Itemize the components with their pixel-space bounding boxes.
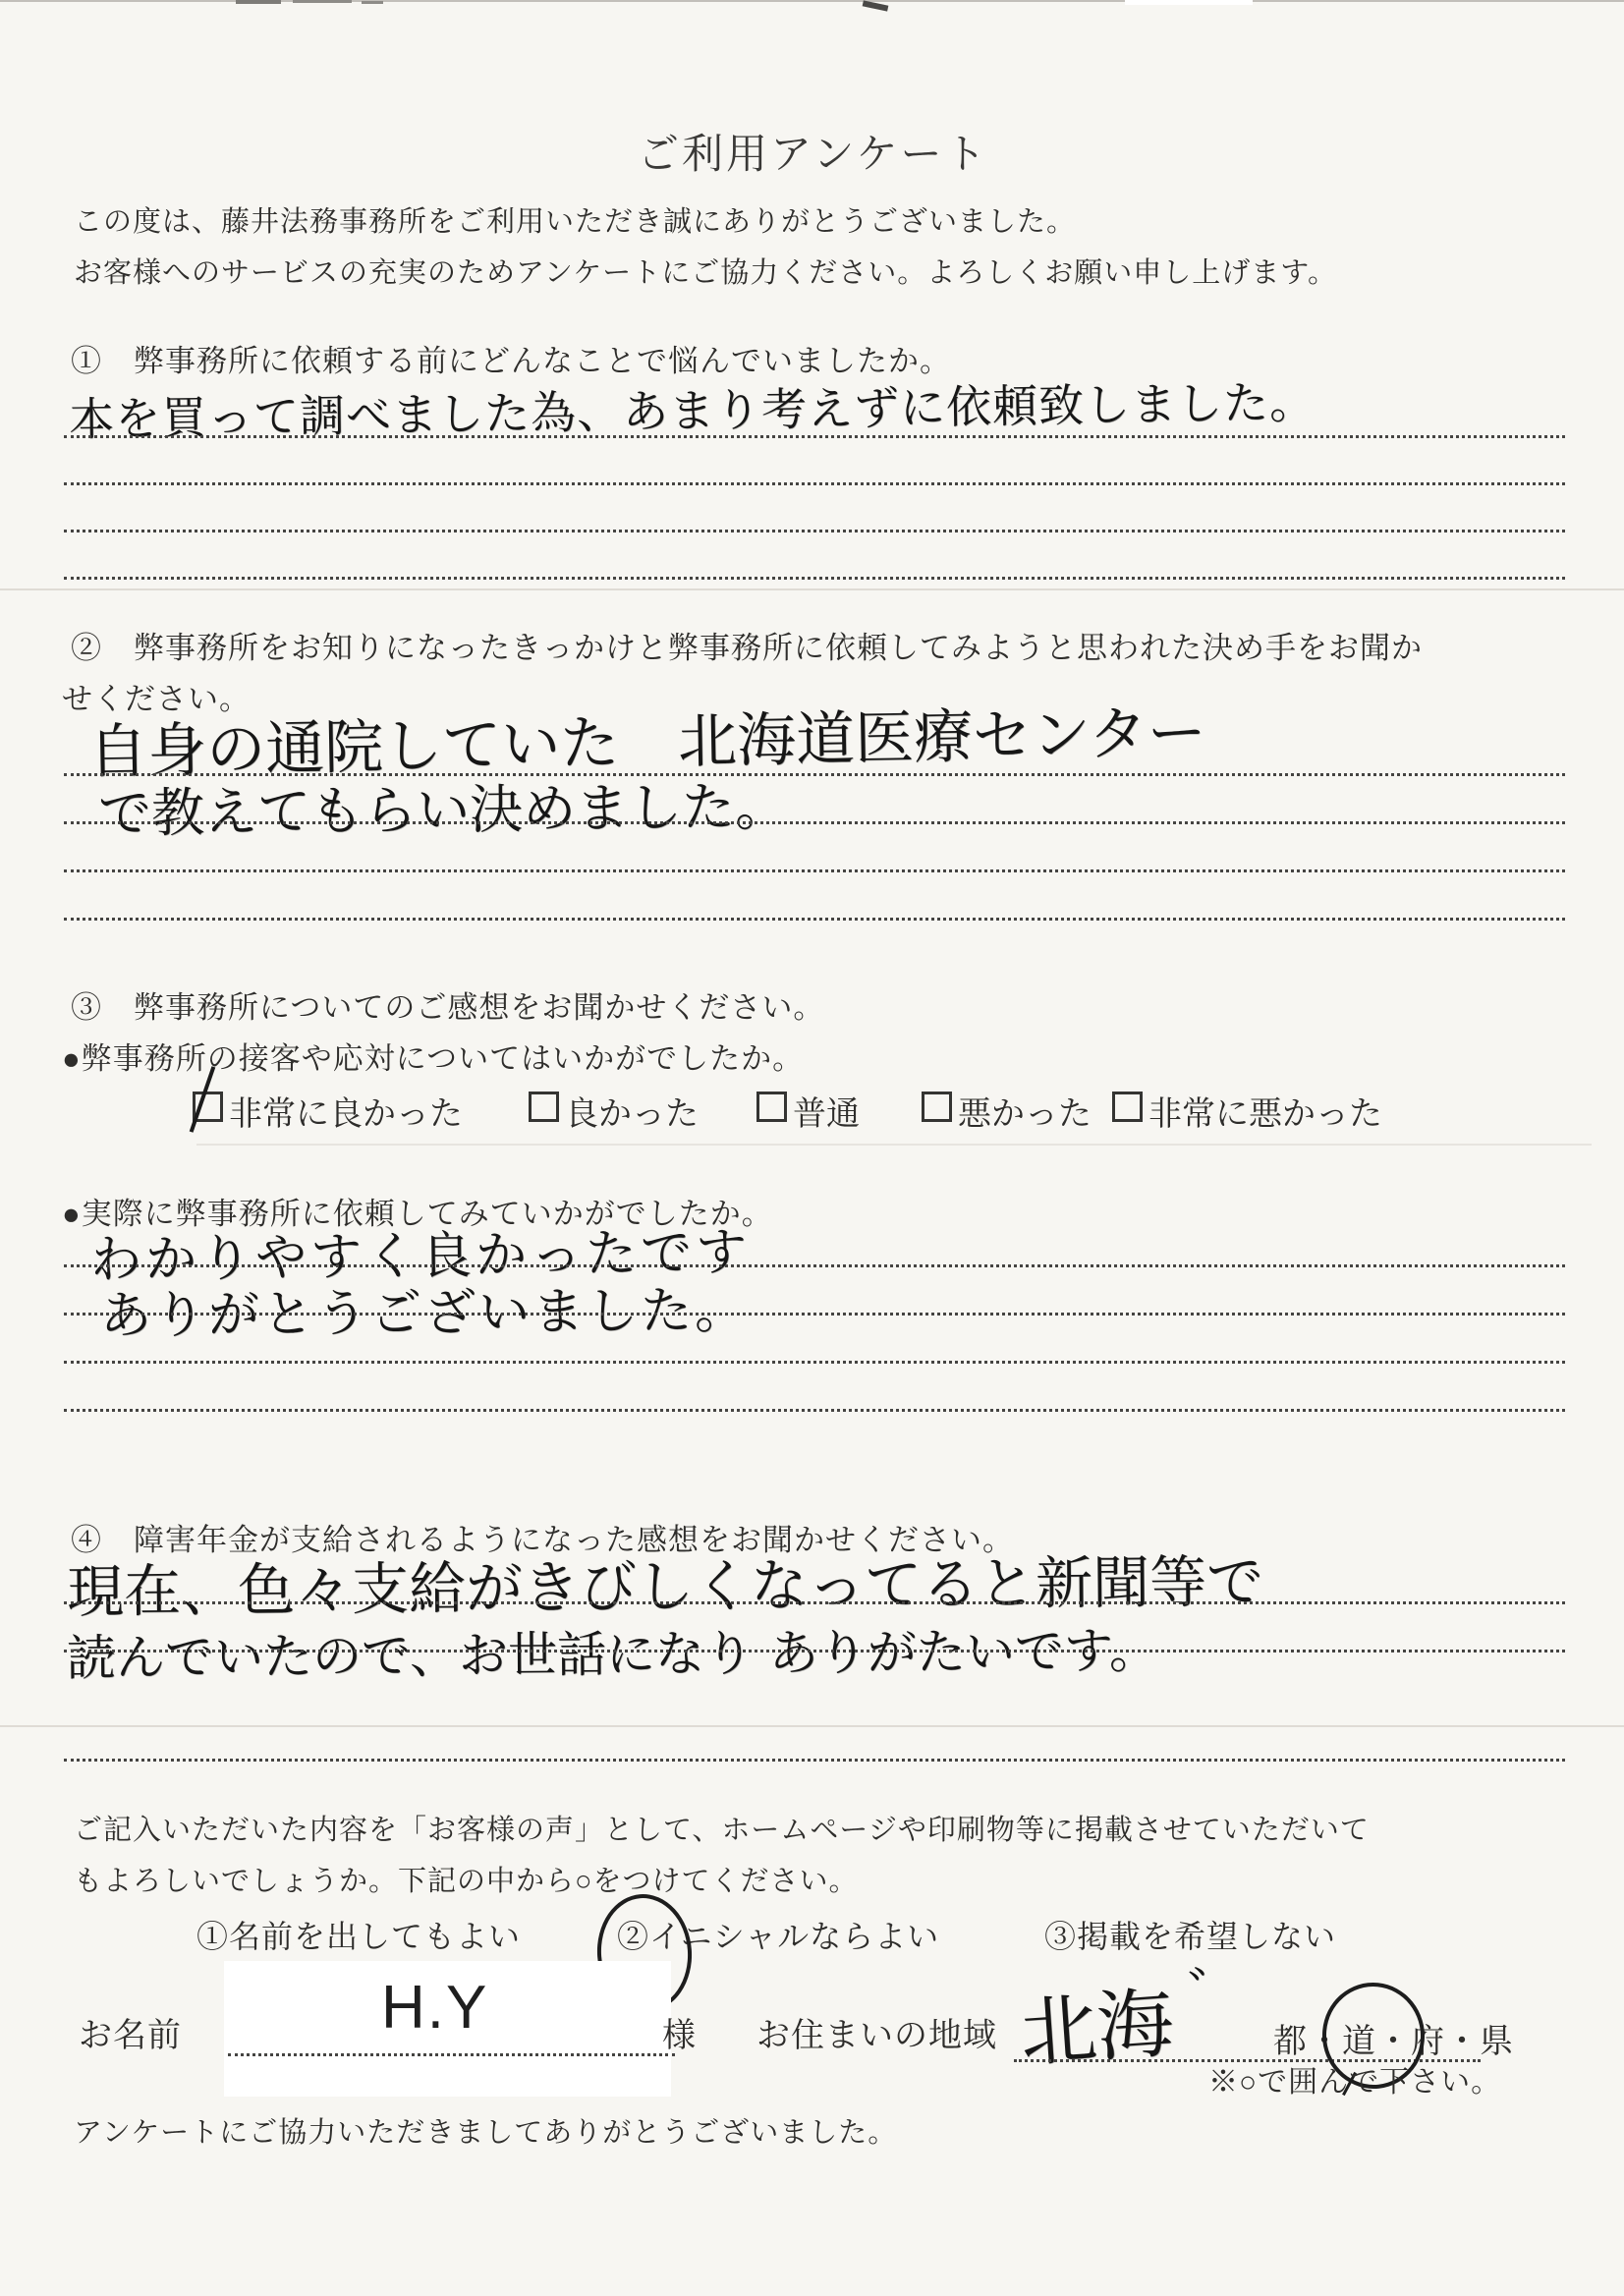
rating-option-label: 良かった	[565, 1087, 699, 1135]
dotted-rule	[64, 1264, 1565, 1267]
checkbox-icon	[1112, 1092, 1143, 1122]
region-handwritten-value: 北海	[1016, 1962, 1176, 2083]
scan-top-mark	[362, 1, 383, 4]
checkbox-icon	[756, 1092, 787, 1122]
scan-smudge	[863, 0, 889, 11]
rating-option-good[interactable]: 良かった	[529, 1087, 699, 1135]
dotted-rule	[64, 1313, 1565, 1316]
dotted-rule	[64, 1759, 1565, 1762]
fold-crease	[0, 1725, 1624, 1727]
dotted-rule	[64, 1361, 1565, 1364]
consent-option-show-name[interactable]: ①名前を出してもよい	[196, 1912, 521, 1957]
scan-top-mark	[236, 0, 281, 4]
dotted-rule	[64, 1409, 1565, 1412]
consent-text-line1: ご記入いただいた内容を「お客様の声」として、ホームページや印刷物等に掲載させてい…	[74, 1808, 1370, 1848]
question-3-sub1: ●弊事務所の接客や応対についてはいかがでしたか。	[62, 1034, 804, 1078]
dotted-rule	[64, 773, 1565, 776]
name-label: お名前	[79, 2008, 182, 2056]
checkbox-icon	[922, 1092, 952, 1122]
rating-option-label: 普通	[793, 1087, 860, 1135]
dotted-rule	[64, 1650, 1565, 1652]
scanned-survey-page: ご利用アンケート この度は、藤井法務事務所をご利用いただき誠にありがとうございま…	[0, 0, 1624, 2296]
intro-line-1: この度は、藤井法務事務所をご利用いただき誠にありがとうございました。	[74, 199, 1076, 240]
dotted-rule	[64, 1601, 1565, 1604]
rating-option-normal[interactable]: 普通	[756, 1087, 860, 1135]
scan-top-mark	[293, 0, 352, 3]
question-2-handwritten-answer-line2: で教えてもらい決めました。	[98, 764, 789, 847]
name-suffix: 様	[662, 2008, 697, 2056]
rating-option-label: 非常に悪かった	[1148, 1087, 1382, 1135]
question-2-heading-line1: ② 弊事務所をお知りになったきっかけと弊事務所に依頼してみようと思われた決め手を…	[71, 623, 1423, 667]
dotted-rule	[64, 482, 1565, 485]
dotted-rule	[64, 530, 1565, 532]
name-value: H.Y	[381, 1973, 488, 2043]
dotted-rule	[64, 869, 1565, 872]
dotted-rule	[64, 435, 1565, 438]
dotted-rule	[64, 918, 1565, 921]
page-title: ご利用アンケート	[638, 122, 988, 181]
rating-option-bad[interactable]: 悪かった	[922, 1087, 1092, 1135]
rating-option-very-bad[interactable]: 非常に悪かった	[1112, 1087, 1382, 1135]
question-3-handwritten-answer-line2: ありがとうございました。	[100, 1268, 750, 1348]
fold-crease	[0, 588, 1624, 590]
consent-text-line2: もよろしいでしょうか。下記の中から○をつけてください。	[74, 1859, 859, 1899]
intro-line-2: お客様へのサービスの充実のためアンケートにご協力ください。よろしくお願い申し上げ…	[74, 251, 1337, 291]
scan-top-notch	[1125, 0, 1253, 5]
checkbox-icon	[529, 1092, 559, 1122]
dotted-rule	[64, 577, 1565, 580]
dotted-rule	[64, 821, 1565, 824]
region-stray-mark: ゛	[1187, 1949, 1244, 2032]
circle-instruction-note: ※○で囲んで下さい。	[1208, 2057, 1501, 2100]
faint-rule	[196, 1144, 1592, 1146]
region-label: お住まいの地域	[756, 2008, 997, 2056]
closing-text: アンケートにご協力いただきましてありがとうございました。	[74, 2110, 897, 2151]
rating-option-label: 非常に良かった	[229, 1087, 463, 1135]
question-3-heading: ③ 弊事務所についてのご感想をお聞かせください。	[71, 982, 824, 1027]
name-dotted-rule	[228, 2053, 675, 2056]
rating-option-label: 悪かった	[958, 1087, 1092, 1135]
rating-option-very-good[interactable]: 非常に良かった	[193, 1087, 463, 1135]
